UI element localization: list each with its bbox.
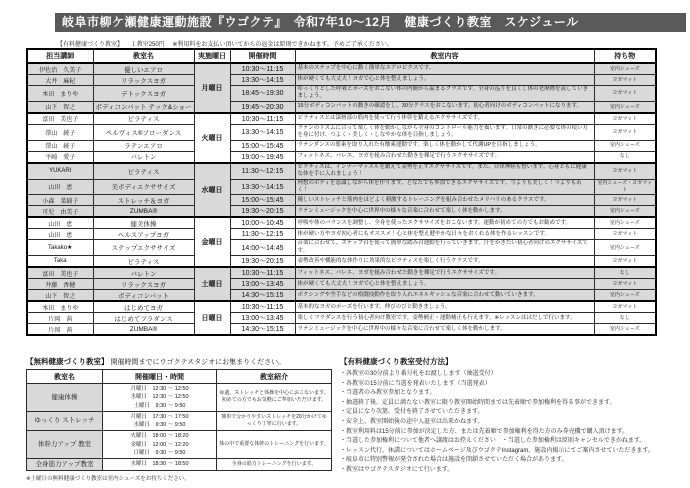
- schedule-row: 伊佐治 久美子優しいエアロ月曜日10:30～11:15基本のステップを中心に動く…: [27, 63, 656, 75]
- schedule-row: Takako★ステップエクササイズ14:00～14:45音楽に合わせて、ステップ…: [27, 240, 656, 256]
- cell-weekday: 金曜日: [194, 217, 230, 267]
- cell-instructor: 山田 恵: [27, 229, 93, 240]
- cell-time: 14:00～14:45: [230, 240, 295, 256]
- cell-description: ラテンダンスの要素を取り入れた有酸素運動です。楽しく体を動かして代謝UPを目指し…: [295, 140, 594, 151]
- cell-class-name: ストレッチ＆ヨガ: [93, 195, 194, 206]
- cell-description: 体が硬い方やヨガ初心者にもオススメ！心と体を整え健やかな日々をおくれる体を作るレ…: [295, 229, 594, 240]
- cell-class-name: リラックスヨガ: [93, 279, 194, 290]
- cell-items: ヨガマット: [594, 279, 656, 290]
- free-class-row: 体幹力アップ 教室火曜日 18:00 ～ 18:20金曜日 12:00 ～ 12…: [27, 431, 332, 459]
- cell-description: フィットネス、バレエ、ヨガを組み合わせた動きを裸足で行うエクササイズです。: [295, 151, 594, 163]
- header-items: 持ち物: [594, 49, 656, 63]
- cell-time: 19:30～20:15: [230, 206, 295, 218]
- cell-time: 13:30～14:15: [230, 179, 295, 195]
- cell-class-name: デトックスヨガ: [93, 86, 194, 102]
- header-instructor: 担当講師: [27, 49, 93, 63]
- cell-class-name: ラテンエアロ: [93, 140, 194, 151]
- cell-instructor: 澤山 綾子: [27, 140, 93, 151]
- free-schedule-line: 水曜日 9:30 ～ 9:50: [105, 421, 214, 429]
- cell-items: 室内シューズ: [594, 206, 656, 218]
- cell-items: 室内シューズ: [594, 240, 656, 256]
- cell-class-name: ピラティス: [93, 163, 194, 179]
- cell-class-name: 優しいエアロ: [93, 63, 194, 75]
- free-heading-label: 【無料健康づくり教室】: [26, 357, 109, 366]
- cell-weekday: 水曜日: [194, 163, 230, 218]
- free-schedule-line: 月曜日 12:30 ～ 12:50: [105, 385, 214, 393]
- cell-instructor: Taka: [27, 256, 93, 268]
- cell-items: 室内シューズ: [594, 101, 656, 113]
- cell-description: 呼吸や体のバランスを調整し、全身を使ったエクササイズをおこないます。運動が初めて…: [295, 217, 594, 229]
- cell-instructor: 山田 恵: [27, 217, 93, 229]
- free-class-row: 健康体操月曜日 12:30 ～ 12:50水曜日 12:30 ～ 12:50土曜…: [27, 384, 332, 412]
- free-cell-schedule: 月曜日 17:30 ～ 17:50水曜日 9:30 ～ 9:50: [103, 411, 217, 431]
- reception-bullet: ・レッスン代行、休講についてはホームページ及びウゴクテInstagram、施設内…: [340, 447, 686, 457]
- cell-items: ヨガマット: [594, 301, 656, 313]
- free-cell-name: ゆっくり ストレッチ: [27, 411, 103, 431]
- free-schedule-line: 水曜日 12:30 ～ 12:50: [105, 393, 214, 401]
- cell-description: 理想のボディを意識しながら体を作ります。どなたでも参加できるエクササイズです。今…: [295, 179, 594, 195]
- cell-instructor: 可児 由美子: [27, 206, 93, 218]
- schedule-row: 山田 恵ヘルスアップヨガ11:30～12:15体が硬い方やヨガ初心者にもオススメ…: [27, 229, 656, 240]
- cell-time: 13:30～14:15: [230, 124, 295, 140]
- schedule-row: 澤山 綾子ラテンエアロ15:00～15:45ラテンダンスの要素を取り入れた有酸素…: [27, 140, 656, 151]
- reception-bullet: ・定員になり次第、受付を終了させていただきます。: [340, 408, 686, 418]
- schedule-row: 片岡 茜はじめてフラダンス13:00～13:45楽しくフラダンスを行う初心者向け…: [27, 313, 656, 324]
- cell-weekday: 土曜日: [194, 267, 230, 301]
- schedule-header-row: 担当講師 教室名 実施曜日 開催時間 教室内容 持ち物: [27, 49, 656, 63]
- cell-description: 姿勢改善や機能的な体作りに効果的なピラティスを楽しく行うクラスです。: [295, 256, 594, 268]
- page-title: 岐阜市柳ケ瀬健康運動施設『ウゴクテ』 令和7年10～12月 健康づくり教室 スケ…: [55, 13, 686, 32]
- free-header-schedule: 開催曜日・時間: [103, 370, 217, 384]
- cell-time: 19:30～20:15: [230, 256, 295, 268]
- cell-instructor: Takako★: [27, 240, 93, 256]
- free-cell-schedule: 月曜日 12:30 ～ 12:50水曜日 12:30 ～ 12:50土曜日 9:…: [103, 384, 217, 412]
- free-cell-schedule: 火曜日 18:00 ～ 18:20金曜日 12:00 ～ 12:20日曜日 9:…: [103, 431, 217, 459]
- cell-instructor: 富田 美也子: [27, 267, 93, 279]
- schedule-row: 可児 由美子ZUMBA®19:30～20:15ラテンミュージックを中心に世界中の…: [27, 206, 656, 218]
- schedule-row: 富田 美也子バレトン土曜日10:30～11:15フィットネス、バレエ、ヨガを組み…: [27, 267, 656, 279]
- free-cell-schedule: 水曜日 18:30 ～ 18:50: [103, 459, 217, 471]
- cell-description: 体が硬くても大丈夫！ヨガで心と体を整えましょう。: [295, 279, 594, 290]
- cell-items: ヨガマット: [594, 195, 656, 206]
- cell-description: 基本的なヨガのポーズを行います。伸びのびと動きましょう。: [295, 301, 594, 313]
- cell-description: ラテンのリズムに合って楽しく体を動かしながら全身のコントロール能力を養います。日…: [295, 124, 594, 140]
- free-cell-name: 体幹力アップ 教室: [27, 431, 103, 459]
- free-cell-desc: 体の中で重要な体幹のトレーニングを行います。: [217, 431, 332, 459]
- cell-items: ヨガマット: [594, 229, 656, 240]
- cell-description: ラテンミュージックを中心に世界中の様々な音楽に合わせて楽しく体を動かします。: [295, 324, 594, 336]
- cell-time: 13:00～13:45: [230, 313, 295, 324]
- cell-time: 10:30～11:15: [230, 301, 295, 313]
- cell-instructor: 平崎 愛子: [27, 151, 93, 163]
- reception-bullet: ・各教室の15分前に当選を発表いたします（当選発表）: [340, 380, 686, 390]
- cell-items: 室内シューズ: [594, 140, 656, 151]
- cell-weekday: 日曜日: [194, 301, 230, 335]
- reception-bullet: ・抽選終了後、定員に満たない教室に限り教室開始時間までは先着順で参加権利を得る事…: [340, 399, 686, 409]
- header-weekday: 実施曜日: [194, 49, 230, 63]
- cell-time: 14:30～15:15: [230, 290, 295, 302]
- cell-weekday: 月曜日: [194, 63, 230, 113]
- schedule-row: 本田 まりやはじめてヨガ日曜日10:30～11:15基本的なヨガのポーズを行いま…: [27, 301, 656, 313]
- free-classes-table: 教室名 開催曜日・時間 教室紹介 健康体操月曜日 12:30 ～ 12:50水曜…: [26, 369, 332, 471]
- cell-description: ゆっくりとした呼吸とポーズをおこない体の内側から温まるクラスです。全身の巡りを良…: [295, 86, 594, 102]
- cell-class-name: はじめてヨガ: [93, 301, 194, 313]
- cell-instructor: 伊佐治 久美子: [27, 63, 93, 75]
- cell-time: 13:30～14:15: [230, 75, 295, 86]
- schedule-row: 山下 智之ボディコンバット14:30～15:15ボクシングや空手などの格闘技動作…: [27, 290, 656, 302]
- free-cell-desc: 全身の筋力トレーニングを行います。: [217, 459, 332, 471]
- cell-time: 14:30～15:15: [230, 324, 295, 336]
- schedule-row: 富田 美也子ピラティス火曜日10:30～11:15ピラティスとは深層部の筋肉を使…: [27, 113, 656, 125]
- cell-class-name: バレトン: [93, 267, 194, 279]
- paid-schedule-table: 担当講師 教室名 実施曜日 開催時間 教室内容 持ち物 伊佐治 久美子優しいエア…: [26, 48, 657, 336]
- cell-items: ヨガマット: [594, 75, 656, 86]
- free-heading-note: 開催時間までにウゴクテスタジオにお集まりください。: [110, 359, 285, 366]
- reception-bullet: ・安全上、教室開始後の途中入退室は出来かねます。: [340, 418, 686, 428]
- cell-class-name: ピラティス: [93, 113, 194, 125]
- cell-instructor: 片岡 茜: [27, 324, 93, 336]
- free-class-row: ゆっくり ストレッチ月曜日 17:30 ～ 17:50水曜日 9:30 ～ 9:…: [27, 411, 332, 431]
- cell-items: 室内シューズ・ヨガマット: [594, 179, 656, 195]
- cell-class-name: 美ボディエクササイズ: [93, 179, 194, 195]
- header-time: 開催時間: [230, 49, 295, 63]
- cell-items: ヨガマット: [594, 256, 656, 268]
- cell-items: なし: [594, 267, 656, 279]
- cell-instructor: 富田 美也子: [27, 113, 93, 125]
- cell-class-name: ヘルスアップヨガ: [93, 229, 194, 240]
- cell-description: 音楽に合わせて、ステップ台を使って簡単な踏み台運動を行っていきます。汗をかきたい…: [295, 240, 594, 256]
- cell-description: 基本のステップを中心に動く簡単なエアロビクスです。: [295, 63, 594, 75]
- cell-time: 18:45～19:30: [230, 86, 295, 102]
- free-classes-section: 【無料健康づくり教室】 開催時間までにウゴクテスタジオにお集まりください。 教室…: [26, 356, 334, 482]
- cell-time: 11:30～12:15: [230, 163, 295, 179]
- free-classes-footnote: ※土曜日の無料健康づくり教室は室内シューズをお持ちください。: [26, 474, 334, 482]
- cell-time: 10:00～10:45: [230, 217, 295, 229]
- cell-class-name: ZUMBA®: [93, 324, 194, 336]
- cell-time: 10:30～11:15: [230, 267, 295, 279]
- schedule-row: YUKARIピラティス水曜日11:30～12:15ピラティスは、インナーマッスル…: [27, 163, 656, 179]
- cell-time: 11:30～12:15: [230, 229, 295, 240]
- free-cell-desc: 毎週、ストレッチと体操を中心におこないます。初めての方でもお気軽にご参加いただけ…: [217, 384, 332, 412]
- cell-weekday: 火曜日: [194, 113, 230, 163]
- cell-time: 10:30～11:15: [230, 63, 295, 75]
- reception-heading: 【有料健康づくり教室受付方法】: [340, 356, 686, 367]
- cell-items: なし: [594, 151, 656, 163]
- cell-items: 室内シューズ: [594, 290, 656, 302]
- free-table-body: 健康体操月曜日 12:30 ～ 12:50水曜日 12:30 ～ 12:50土曜…: [27, 384, 332, 471]
- cell-time: 15:00～15:45: [230, 140, 295, 151]
- schedule-row: 井藤 香穂リラックスヨガ13:00～13:45体が硬くても大丈夫！ヨガで心と体を…: [27, 279, 656, 290]
- schedule-row: 片岡 茜ZUMBA®14:30～15:15ラテンミュージックを中心に世界中の様々…: [27, 324, 656, 336]
- schedule-table-body: 伊佐治 久美子優しいエアロ月曜日10:30～11:15基本のステップを中心に動く…: [27, 63, 656, 335]
- cell-items: ヨガマット: [594, 86, 656, 102]
- cell-instructor: 井藤 香穂: [27, 279, 93, 290]
- reception-bullet: ・当選者のみ教室参加となります。: [340, 389, 686, 399]
- free-header-name: 教室名: [27, 370, 103, 384]
- cell-time: 10:30～11:15: [230, 113, 295, 125]
- cell-class-name: はじめてフラダンス: [93, 313, 194, 324]
- cell-instructor: 片岡 茜: [27, 313, 93, 324]
- cell-time: 19:00～19:45: [230, 151, 295, 163]
- cell-description: 体が硬くても大丈夫！ヨガで心と体を整えましょう。: [295, 75, 594, 86]
- cell-class-name: バレトン: [93, 151, 194, 163]
- cell-instructor: 大井 麻紀: [27, 75, 93, 86]
- cell-class-name: ZUMBA®: [93, 206, 194, 218]
- header-description: 教室内容: [295, 49, 594, 63]
- free-class-row: 全身筋力アップ教室水曜日 18:30 ～ 18:50全身の筋力トレーニングを行い…: [27, 459, 332, 471]
- free-header-desc: 教室紹介: [217, 370, 332, 384]
- cell-instructor: 山下 智之: [27, 101, 93, 113]
- cell-class-name: リラックスヨガ: [93, 75, 194, 86]
- cell-description: ラテンミュージックを中心に世界中の様々な音楽に合わせて楽しく体を動かします。: [295, 206, 594, 218]
- cell-instructor: 山田 恵: [27, 179, 93, 195]
- reception-bullet-list: ・各教室の30分前より番号札をお渡しします（抽選受付）・各教室の15分前に当選を…: [340, 370, 686, 476]
- cell-description: ピラティスとは深層部の筋肉を使って行う体幹を鍛えるエクササイズです。: [295, 113, 594, 125]
- free-schedule-line: 日曜日 9:30 ～ 9:50: [105, 449, 214, 457]
- cell-description: 15分ボディコンバットの動きの確認をし、30分クラスをおこないます。初心者向けの…: [295, 101, 594, 113]
- cell-time: 13:00～13:45: [230, 279, 295, 290]
- cell-class-name: ステップエクササイズ: [93, 240, 194, 256]
- cell-description: フィットネス、バレエ、ヨガを組み合わせた動きを裸足で行うエクササイズです。: [295, 267, 594, 279]
- schedule-row: 大井 麻紀リラックスヨガ13:30～14:15体が硬くても大丈夫！ヨガで心と体を…: [27, 75, 656, 86]
- free-header-row: 教室名 開催曜日・時間 教室紹介: [27, 370, 332, 384]
- cell-items: なし: [594, 313, 656, 324]
- free-cell-name: 健康体操: [27, 384, 103, 412]
- cell-description: 優しいストレッチと筋肉をほどよく刺激するトレーニングを組み合わせたメリハリのある…: [295, 195, 594, 206]
- cell-class-name: 健美体操: [93, 217, 194, 229]
- reception-info-section: 【有料健康づくり教室受付方法】 ・各教室の30分前より番号札をお渡しします（抽選…: [340, 356, 686, 476]
- cell-items: 室内シューズ: [594, 324, 656, 336]
- cell-description: ボクシングや空手などの格闘技動作を取り入れエネルギッシュな音楽に合わせて動いてい…: [295, 290, 594, 302]
- reception-bullet: ・教室はウゴクテスタジオにて行います。: [340, 466, 686, 476]
- schedule-row: 山下 智之ボディコンバット テック&ショート19:45～20:3015分ボディコ…: [27, 101, 656, 113]
- free-schedule-line: 金曜日 12:00 ～ 12:20: [105, 441, 214, 449]
- paid-class-note: 【有料健康づくり教室】 １教室250円 ※利用料をお支払い頂いてからの返金は原則…: [57, 39, 399, 48]
- free-cell-name: 全身筋力アップ教室: [27, 459, 103, 471]
- reception-bullet: ・教室利用料は15分前に参加が決定した方、または先着順で参加権利を得た方のみ券売…: [340, 428, 686, 438]
- free-schedule-line: 火曜日 18:00 ～ 18:20: [105, 432, 214, 440]
- cell-class-name: ボディコンバット テック&ショート: [93, 101, 194, 113]
- schedule-row: Takaピラティス19:30～20:15姿勢改善や機能的な体作りに効果的なピラテ…: [27, 256, 656, 268]
- reception-bullet: ・各教室の30分前より番号札をお渡しします（抽選受付）: [340, 370, 686, 380]
- cell-items: ヨガマット: [594, 113, 656, 125]
- cell-class-name: ペルヴィス®フローダンス: [93, 124, 194, 140]
- cell-description: ピラティスは、インナーマッスルを鍛えて姿勢を正すエクササイズです。また、自律神経…: [295, 163, 594, 179]
- cell-description: 楽しくフラダンスを行う初心者向け教室です。姿勢補正・運動補正も行えます。※レッス…: [295, 313, 594, 324]
- reception-bullet: ・岐阜市に特別警報が発令された場合は施設を閉鎖させていただく場合があります。: [340, 456, 686, 466]
- cell-instructor: 本田 まりや: [27, 301, 93, 313]
- schedule-row: 小森 菜摘子ストレッチ＆ヨガ15:00～15:45優しいストレッチと筋肉をほどよ…: [27, 195, 656, 206]
- paid-schedule-section: 担当講師 教室名 実施曜日 開催時間 教室内容 持ち物 伊佐治 久美子優しいエア…: [26, 48, 655, 336]
- cell-items: 室内シューズ: [594, 217, 656, 229]
- free-schedule-line: 水曜日 18:30 ～ 18:50: [105, 460, 214, 468]
- schedule-row: 平崎 愛子バレトン19:00～19:45フィットネス、バレエ、ヨガを組み合わせた…: [27, 151, 656, 163]
- cell-class-name: ボディコンバット: [93, 290, 194, 302]
- schedule-row: 山田 恵美ボディエクササイズ13:30～14:15理想のボディを意識しながら体を…: [27, 179, 656, 195]
- cell-class-name: ピラティス: [93, 256, 194, 268]
- free-schedule-line: 土曜日 9:30 ～ 9:50: [105, 402, 214, 410]
- cell-time: 15:00～15:45: [230, 195, 295, 206]
- header-class-name: 教室名: [93, 49, 194, 63]
- schedule-row: 澤山 綾子ペルヴィス®フローダンス13:30～14:15ラテンのリズムに合って楽…: [27, 124, 656, 140]
- cell-items: 室内シューズ: [594, 63, 656, 75]
- free-cell-desc: 簡単で分かりやすいストレッチを20分かけてゆっくり丁寧に行います。: [217, 411, 332, 431]
- free-classes-heading: 【無料健康づくり教室】 開催時間までにウゴクテスタジオにお集まりください。: [26, 356, 334, 367]
- cell-items: ヨガマット: [594, 163, 656, 179]
- reception-bullet: ・当選した参加権利について他者へ譲渡はお控えください ・当選した参加権利は原則キ…: [340, 437, 686, 447]
- cell-instructor: YUKARI: [27, 163, 93, 179]
- cell-instructor: 本田 まりや: [27, 86, 93, 102]
- schedule-row: 本田 まりやデトックスヨガ18:45～19:30ゆっくりとした呼吸とポーズをおこ…: [27, 86, 656, 102]
- cell-time: 19:45～20:30: [230, 101, 295, 113]
- cell-instructor: 小森 菜摘子: [27, 195, 93, 206]
- cell-instructor: 山下 智之: [27, 290, 93, 302]
- free-schedule-line: 月曜日 17:30 ～ 17:50: [105, 413, 214, 421]
- cell-instructor: 澤山 綾子: [27, 124, 93, 140]
- cell-items: ヨガマット: [594, 124, 656, 140]
- schedule-row: 山田 恵健美体操金曜日10:00～10:45呼吸や体のバランスを調整し、全身を使…: [27, 217, 656, 229]
